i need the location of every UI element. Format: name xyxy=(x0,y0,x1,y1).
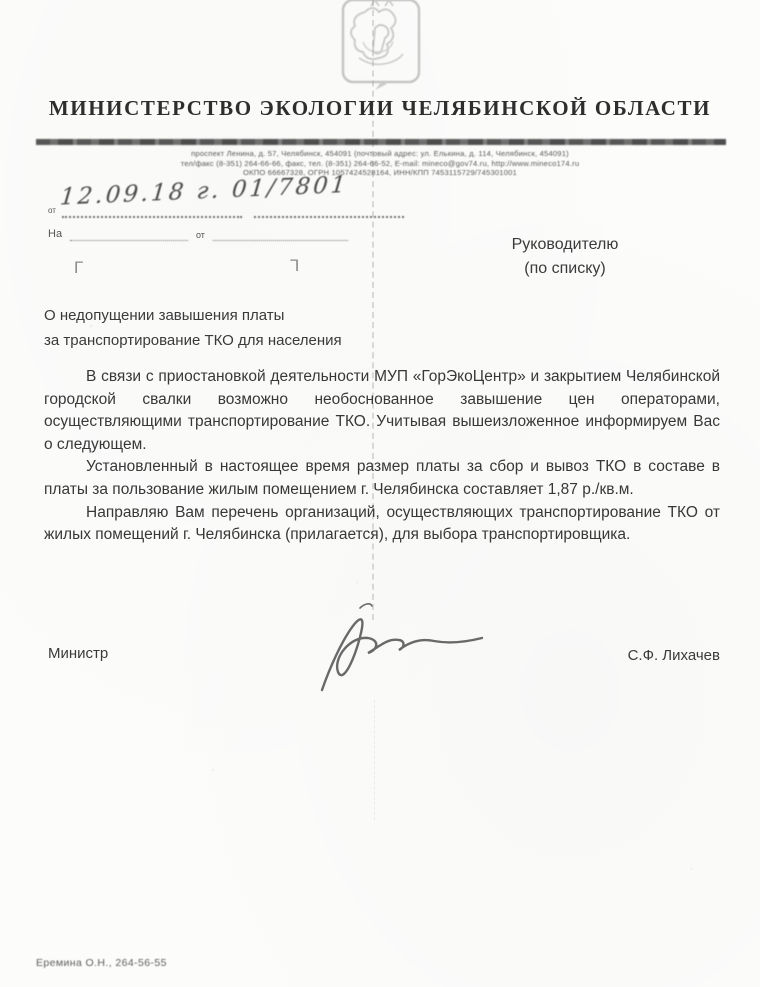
subject-block: О недопущении завышения платы за транспо… xyxy=(44,303,464,353)
ot-label-2: от xyxy=(196,230,205,240)
reference-number-underline xyxy=(70,240,188,241)
addressee-line-2: (по списку) xyxy=(450,257,680,281)
executor-contact: Еремина О.Н., 264-56-55 xyxy=(36,957,167,969)
coat-of-arms-icon xyxy=(335,0,427,92)
scanned-letter-page: МИНИСТЕРСТВО ЭКОЛОГИИ ЧЕЛЯБИНСКОЙ ОБЛАСТ… xyxy=(0,0,760,987)
contact-block: проспект Ленина, д. 57, Челябинск, 45409… xyxy=(60,149,700,178)
registration-line: от 12.09.18 г. 01/7801 xyxy=(48,184,378,220)
addressee-line-1: Руководителю xyxy=(450,233,680,257)
na-label: На xyxy=(48,228,62,240)
reference-date-underline xyxy=(213,240,348,241)
signer-name: С.Ф. Лихачев xyxy=(560,647,720,664)
reg-date-underline xyxy=(254,216,404,218)
corner-bracket-left: Г xyxy=(74,258,83,278)
contact-line-2: тел/факс (8-351) 264-66-66, факс, тел. (… xyxy=(60,159,700,169)
body-paragraph-1: В связи с приостановкой деятельности МУП… xyxy=(44,366,720,456)
body-paragraph-3: Направляю Вам перечень организаций, осущ… xyxy=(44,502,720,547)
subject-line-1: О недопущении завышения платы xyxy=(44,303,464,328)
subject-line-2: за транспортирование ТКО для населения xyxy=(44,328,464,353)
body-paragraph-2: Установленный в настоящее время размер п… xyxy=(44,456,720,501)
signer-position: Министр xyxy=(48,645,108,662)
fold-line-artifact-lower xyxy=(374,700,375,820)
corner-bracket-right: Г xyxy=(290,256,299,276)
contact-line-1: проспект Ленина, д. 57, Челябинск, 45409… xyxy=(60,149,700,159)
contact-line-3: ОКПО 66667328, ОГРН 1057424528164, ИНН/К… xyxy=(60,168,700,178)
ministry-title: МИНИСТЕРСТВО ЭКОЛОГИИ ЧЕЛЯБИНСКОЙ ОБЛАСТ… xyxy=(0,96,760,121)
signature-icon xyxy=(300,598,490,698)
header-rule xyxy=(36,139,726,145)
reg-number-underline xyxy=(62,216,242,218)
addressee-block: Руководителю (по списку) xyxy=(450,233,680,281)
ot-label: от xyxy=(48,206,56,215)
reference-line: На от xyxy=(48,228,378,248)
letter-body: В связи с приостановкой деятельности МУП… xyxy=(44,366,720,547)
